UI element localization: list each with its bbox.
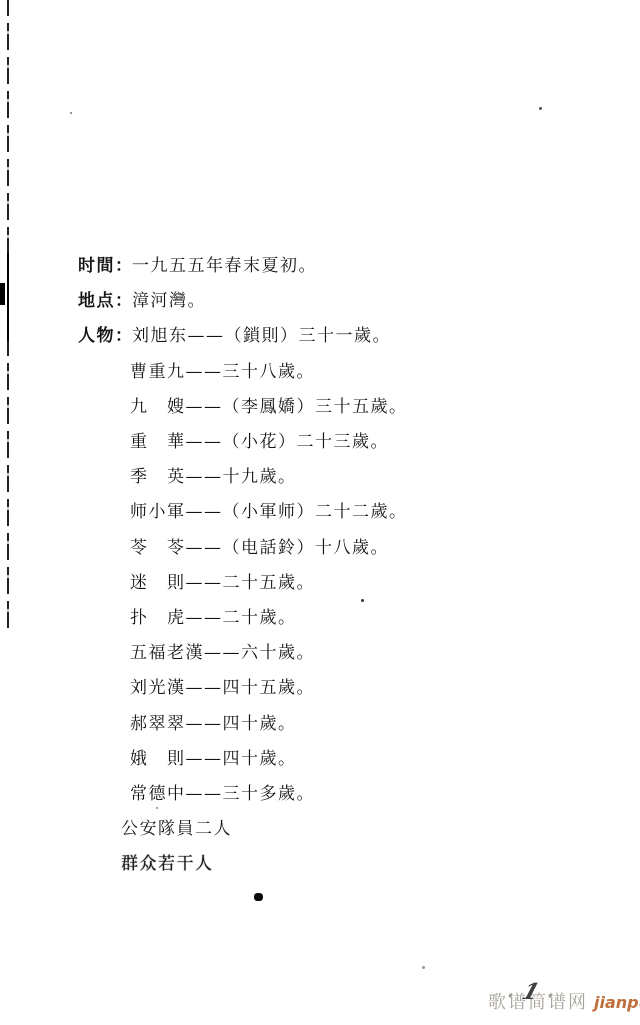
scan-speck-artifact	[70, 112, 72, 114]
page-number-left-dot: •	[507, 991, 514, 1002]
scan-speck-artifact	[422, 966, 425, 969]
place-label: 地点：	[78, 286, 132, 311]
scan-speck-artifact	[539, 107, 542, 110]
scan-speck-artifact	[254, 893, 263, 901]
character-entry: 九 嫂——（李鳳嬌）三十五歲。	[0, 387, 640, 422]
page-number-value: 1	[519, 981, 541, 1003]
place-line: 地点： 漳河灣。	[0, 281, 640, 316]
time-line: 时間： 一九五五年春末夏初。	[0, 246, 640, 281]
character-entry: 娥 則——四十歲。	[0, 739, 640, 774]
page-number-right-dot: •	[547, 991, 554, 1002]
time-value: 一九五五年春末夏初。	[132, 251, 317, 276]
character-entry: 五福老漢——六十歲。	[0, 633, 640, 668]
character-entry: 郝翠翠——四十歲。	[0, 703, 640, 738]
character-entry: 迷 則——二十五歲。	[0, 563, 640, 598]
character-entry: 扑 虎——二十歲。	[0, 598, 640, 633]
character-entry: 刘旭东——（鎖則）三十一歲。	[132, 321, 391, 346]
character-entry: 重 華——（小花）二十三歲。	[0, 422, 640, 457]
character-entry: 师小軍——（小軍师）二十二歲。	[0, 492, 640, 527]
scanned-script-page: 时間： 一九五五年春末夏初。 地点： 漳河灣。 人物： 刘旭东——（鎖則）三十一…	[0, 0, 640, 1025]
character-entry: 刘光漢——四十五歲。	[0, 668, 640, 703]
extras-entry: 群众若干人	[0, 844, 640, 879]
character-entry: 季 英——十九歲。	[0, 457, 640, 492]
characters-label: 人物：	[78, 321, 132, 346]
watermark-site-url: jianpu.cn	[594, 993, 640, 1012]
characters-line: 人物： 刘旭东——（鎖則）三十一歲。	[0, 316, 640, 351]
place-value: 漳河灣。	[132, 286, 206, 311]
page-number: • 1 •	[507, 981, 553, 1003]
character-entry: 曹重九——三十八歲。	[0, 352, 640, 387]
character-entry: 常德中——三十多歲。	[0, 774, 640, 809]
time-label: 时間：	[78, 251, 132, 276]
character-entry: 苓 苓——（电話鈴）十八歲。	[0, 528, 640, 563]
cast-list-block: 时間： 一九五五年春末夏初。 地点： 漳河灣。 人物： 刘旭东——（鎖則）三十一…	[0, 246, 640, 879]
extras-entry: 公安隊員二人	[0, 809, 640, 844]
